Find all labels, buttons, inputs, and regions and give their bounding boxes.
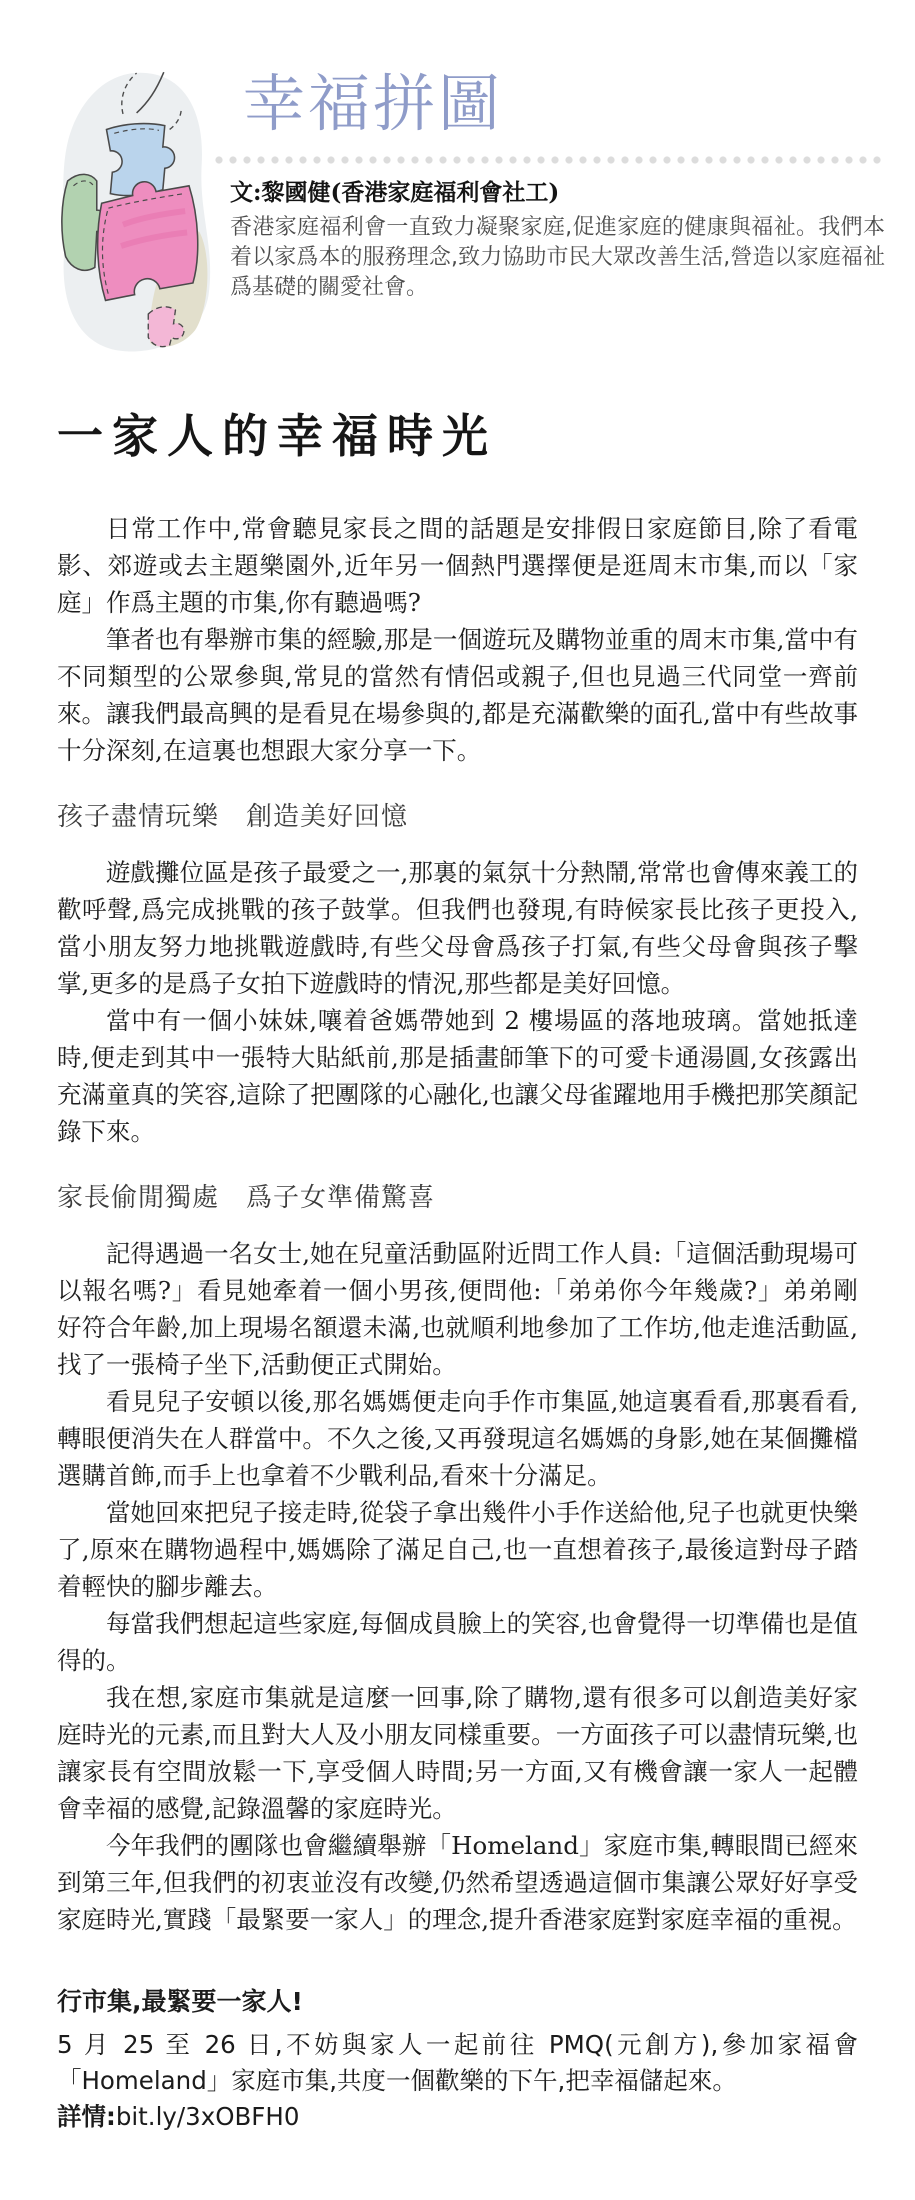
body-paragraph: 記得遇過一名女士,她在兒童活動區附近問工作人員:「這個活動現場可以報名嗎?」看見…: [57, 1235, 858, 1383]
event-note: 行市集,最緊要一家人! 5 月 25 至 26 日,不妨與家人一起前往 PMQ(…: [57, 1982, 858, 2135]
body-paragraph: 遊戲攤位區是孩子最愛之一,那裏的氣氛十分熱鬧,常常也會傳來義工的歡呼聲,爲完成挑…: [57, 854, 858, 1002]
masthead: 幸福拼圖 文:黎國健(香港家庭福利會社工) 香港家庭福利會一直致力凝聚家庭,促進…: [55, 66, 880, 356]
body-paragraph: 每當我們想起這些家庭,每個成員臉上的笑容,也會覺得一切準備也是值得的。: [57, 1605, 858, 1679]
article-body: 一家人的幸福時光 日常工作中,常會聽見家長之間的話題是安排假日家庭節目,除了看電…: [57, 400, 858, 2135]
organization-intro: 香港家庭福利會一直致力凝聚家庭,促進家庭的健康與福祉。我們本着以家爲本的服務理念…: [230, 213, 885, 303]
body-paragraph: 當她回來把兒子接走時,從袋子拿出幾件小手作送給他,兒子也就更快樂了,原來在購物過…: [57, 1494, 858, 1605]
event-note-body: 5 月 25 至 26 日,不妨與家人一起前往 PMQ(元創方),參加家福會「H…: [57, 2027, 858, 2099]
body-paragraph: 當中有一個小妹妹,嚷着爸媽帶她到 2 樓場區的落地玻璃。當她抵達時,便走到其中一…: [57, 1002, 858, 1150]
body-paragraph: 日常工作中,常會聽見家長之間的話題是安排假日家庭節目,除了看電影、郊遊或去主題樂…: [57, 510, 858, 621]
details-label: 詳情:: [57, 2102, 116, 2131]
section-parents-surprise: 家長偷閒獨處 爲子女準備驚喜 記得遇過一名女士,她在兒童活動區附近問工作人員:「…: [57, 1177, 858, 1938]
byline: 文:黎國健(香港家庭福利會社工): [230, 178, 885, 208]
body-paragraph: 我在想,家庭市集就是這麼一回事,除了購物,還有很多可以創造美好家庭時光的元素,而…: [57, 1679, 858, 1827]
body-paragraph: 筆者也有舉辦市集的經驗,那是一個遊玩及購物並重的周末市集,當中有不同類型的公眾參…: [57, 621, 858, 769]
dotted-divider: [215, 156, 885, 164]
details-link[interactable]: bit.ly/3xOBFH0: [116, 2102, 300, 2131]
magazine-page: 幸福拼圖 文:黎國健(香港家庭福利會社工) 香港家庭福利會一直致力凝聚家庭,促進…: [0, 0, 915, 2200]
article-title: 一家人的幸福時光: [57, 400, 858, 466]
puzzle-illustration-svg: [55, 66, 225, 361]
body-paragraph: 看見兒子安頓以後,那名媽媽便走向手作市集區,她這裏看看,那裏看看,轉眼便消失在人…: [57, 1383, 858, 1494]
subheading-parents-surprise: 家長偷閒獨處 爲子女準備驚喜: [57, 1177, 858, 1214]
column-title: 幸福拼圖: [243, 70, 885, 138]
body-paragraph: 今年我們的團隊也會繼續舉辦「Homeland」家庭市集,轉眼間已經來到第三年,但…: [57, 1827, 858, 1938]
masthead-text-column: 幸福拼圖 文:黎國健(香港家庭福利會社工) 香港家庭福利會一直致力凝聚家庭,促進…: [215, 66, 885, 303]
section-children-play: 孩子盡情玩樂 創造美好回憶 遊戲攤位區是孩子最愛之一,那裏的氣氛十分熱鬧,常常也…: [57, 796, 858, 1150]
subheading-children-play: 孩子盡情玩樂 創造美好回憶: [57, 796, 858, 833]
event-note-heading: 行市集,最緊要一家人!: [57, 1982, 858, 2018]
event-note-details: 詳情:bit.ly/3xOBFH0: [57, 2099, 858, 2135]
puzzle-pieces-illustration: [55, 66, 215, 356]
